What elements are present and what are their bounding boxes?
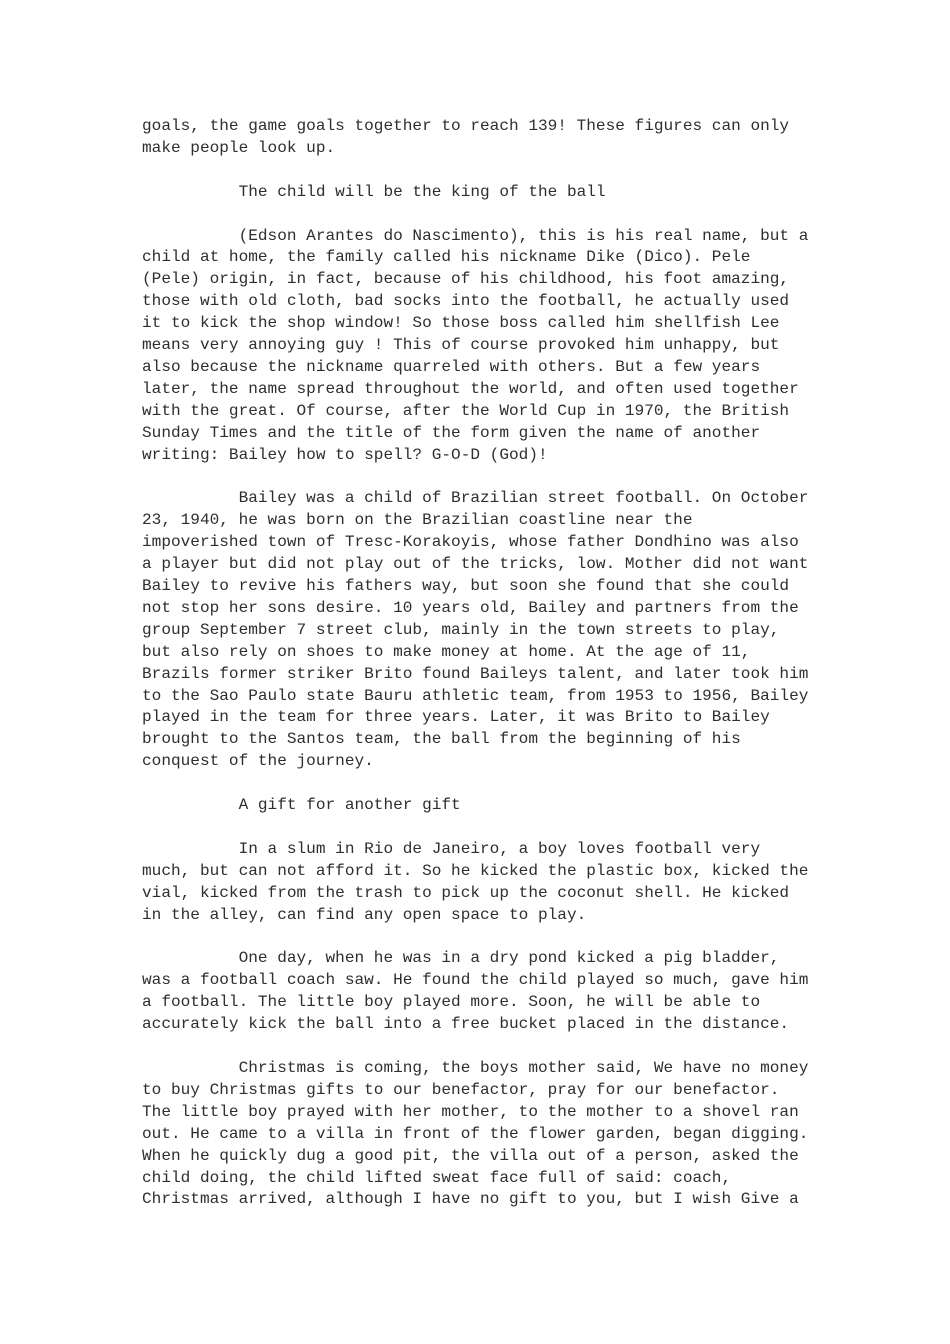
- document-text: goals, the game goals together to reach …: [142, 116, 808, 1211]
- document-page: goals, the game goals together to reach …: [0, 0, 950, 1344]
